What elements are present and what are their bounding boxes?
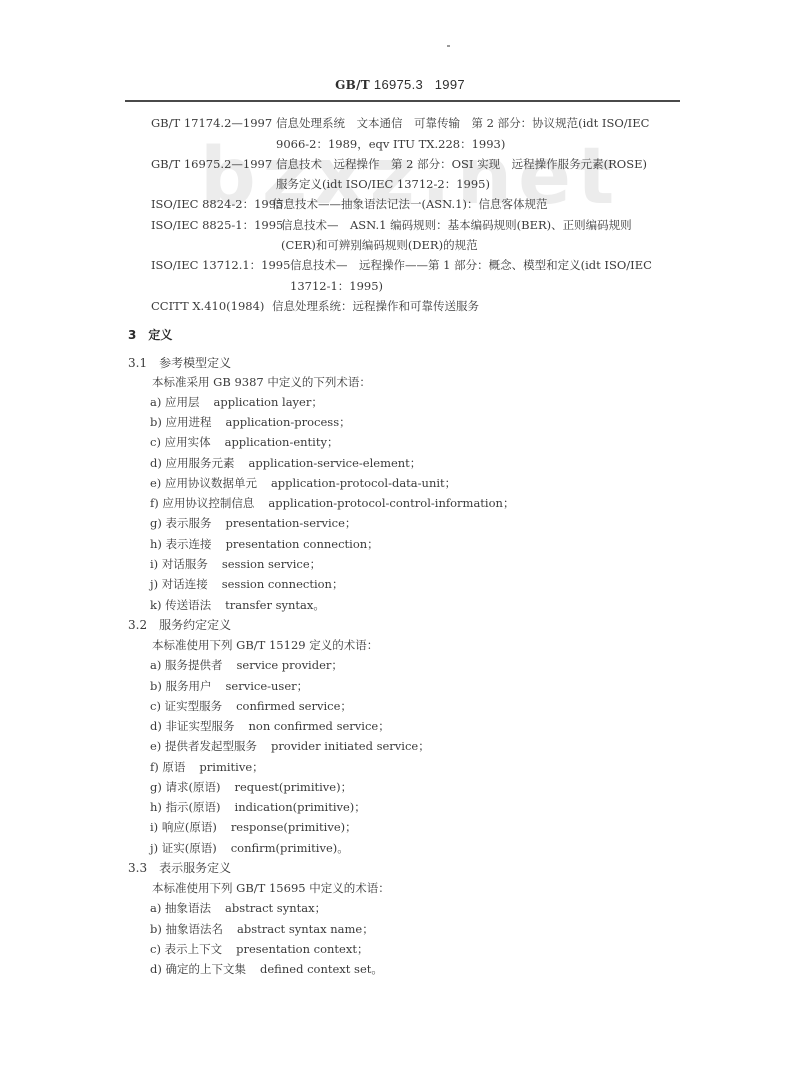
term-en: non confirmed service；	[249, 719, 390, 733]
term-en: request(primitive)；	[235, 780, 353, 794]
term-item: f) 应用协议控制信息application-protocol-control-…	[150, 495, 514, 511]
term-item: h) 指示(原语)indication(primitive)；	[150, 799, 366, 815]
term-label: e)	[150, 476, 161, 490]
term-zh: 确定的上下文集	[166, 962, 247, 976]
subsection-heading: 3.1 参考模型定义	[128, 355, 231, 371]
reference-title: 信息处理系统 文本通信 可靠传输 第 2 部分：协议规范(idt ISO/IEC	[276, 116, 649, 130]
term-label: i)	[150, 557, 158, 571]
term-en: abstract syntax；	[225, 901, 326, 915]
term-item: a) 应用层application layer；	[150, 394, 323, 410]
term-zh: 应用层	[165, 395, 200, 409]
term-label: c)	[150, 435, 161, 449]
term-label: h)	[150, 800, 162, 814]
term-zh: 响应(原语)	[162, 820, 217, 834]
term-zh: 应用实体	[165, 435, 211, 449]
subsection-intro: 本标准使用下列 GB/T 15129 定义的术语：	[152, 637, 378, 653]
term-item: c) 证实型服务confirmed service；	[150, 698, 352, 714]
term-zh: 指示(原语)	[166, 800, 221, 814]
term-zh: 原语	[162, 760, 185, 774]
reference-title: 信息技术——抽象语法记法一(ASN.1)：信息客体规范	[272, 197, 547, 211]
term-zh: 应用协议数据单元	[165, 476, 257, 490]
term-item: a) 抽象语法abstract syntax；	[150, 900, 326, 916]
header-year: 1997	[435, 77, 465, 92]
term-label: b)	[150, 415, 162, 429]
term-item: b) 应用进程application-process；	[150, 414, 351, 430]
term-item: g) 表示服务presentation-service；	[150, 515, 356, 531]
term-zh: 证实(原语)	[162, 841, 217, 855]
term-label: h)	[150, 537, 162, 551]
term-en: application-process；	[226, 415, 351, 429]
reference-code: GB/T 16975.2—1997	[151, 156, 276, 172]
reference-item: GB/T 17174.2—1997信息处理系统 文本通信 可靠传输 第 2 部分…	[151, 115, 649, 131]
term-label: g)	[150, 780, 162, 794]
term-label: k)	[150, 598, 161, 612]
section-heading: 3 定义	[128, 327, 172, 343]
reference-code: GB/T 17174.2—1997	[151, 115, 276, 131]
term-label: d)	[150, 719, 162, 733]
term-en: application layer；	[214, 395, 323, 409]
term-en: service provider；	[237, 658, 343, 672]
term-zh: 非证实型服务	[166, 719, 235, 733]
scan-speck	[447, 45, 450, 47]
term-item: i) 响应(原语)response(primitive)；	[150, 819, 357, 835]
reference-item: GB/T 16975.2—1997信息技术 远程操作 第 2 部分：OSI 实现…	[151, 156, 647, 172]
term-en: session connection；	[222, 577, 344, 591]
term-item: f) 原语primitive；	[150, 759, 264, 775]
term-item: i) 对话服务session service；	[150, 556, 321, 572]
reference-continuation: 13712-1：1995)	[290, 278, 383, 294]
subsection-heading: 3.3 表示服务定义	[128, 860, 231, 876]
term-en: presentation-service；	[226, 516, 357, 530]
term-en: transfer syntax。	[225, 598, 325, 612]
term-en: indication(primitive)；	[235, 800, 366, 814]
term-label: a)	[150, 395, 161, 409]
term-item: j) 证实(原语)confirm(primitive)。	[150, 840, 349, 856]
header-number: 16975.3	[374, 77, 423, 92]
term-item: e) 应用协议数据单元application-protocol-data-uni…	[150, 475, 456, 491]
term-label: c)	[150, 942, 161, 956]
term-label: i)	[150, 820, 158, 834]
term-zh: 抽象语法名	[166, 922, 224, 936]
term-item: d) 非证实型服务non confirmed service；	[150, 718, 390, 734]
term-zh: 表示上下文	[165, 942, 223, 956]
term-zh: 证实型服务	[165, 699, 223, 713]
term-en: application-entity；	[225, 435, 339, 449]
reference-title: 信息技术— ASN.1 编码规则：基本编码规则(BER)、正则编码规则	[281, 218, 632, 232]
term-zh: 服务提供者	[165, 658, 223, 672]
term-en: presentation context；	[236, 942, 368, 956]
term-zh: 服务用户	[166, 679, 212, 693]
reference-code: CCITT X.410(1984)	[151, 298, 272, 314]
reference-title: 信息技术 远程操作 第 2 部分：OSI 实现 远程操作服务元素(ROSE)	[276, 157, 647, 171]
reference-item: ISO/IEC 13712.1：1995信息技术— 远程操作——第 1 部分：概…	[151, 257, 652, 273]
term-label: a)	[150, 901, 161, 915]
reference-continuation: (CER)和可辨别编码规则(DER)的规范	[281, 237, 478, 253]
page-header: GB/T 16975.3 1997	[0, 77, 800, 92]
term-zh: 对话连接	[162, 577, 208, 591]
term-en: provider initiated service；	[271, 739, 430, 753]
term-label: j)	[150, 577, 158, 591]
term-label: b)	[150, 679, 162, 693]
term-label: g)	[150, 516, 162, 530]
term-en: application-service-element；	[249, 456, 422, 470]
reference-continuation: 服务定义(idt ISO/IEC 13712-2：1995)	[276, 176, 490, 192]
document-page: GB/T 16975.3 1997 bzxz.net GB/T 17174.2—…	[0, 0, 800, 1091]
header-rule	[125, 100, 680, 102]
term-item: h) 表示连接presentation connection；	[150, 536, 379, 552]
reference-item: ISO/IEC 8825-1：1995信息技术— ASN.1 编码规则：基本编码…	[151, 217, 632, 233]
term-zh: 对话服务	[162, 557, 208, 571]
reference-code: ISO/IEC 8825-1：1995	[151, 217, 281, 233]
reference-title: 信息技术— 远程操作——第 1 部分：概念、模型和定义(idt ISO/IEC	[290, 258, 652, 272]
term-item: a) 服务提供者service provider；	[150, 657, 343, 673]
term-en: application-protocol-data-unit；	[271, 476, 456, 490]
subsection-heading: 3.2 服务约定定义	[128, 617, 231, 633]
term-en: session service；	[222, 557, 321, 571]
term-zh: 应用协议控制信息	[162, 496, 254, 510]
term-label: f)	[150, 496, 159, 510]
term-label: f)	[150, 760, 159, 774]
subsection-intro: 本标准采用 GB 9387 中定义的下列术语：	[152, 374, 371, 390]
term-item: g) 请求(原语)request(primitive)；	[150, 779, 352, 795]
term-item: k) 传送语法transfer syntax。	[150, 597, 325, 613]
term-item: d) 应用服务元素application-service-element；	[150, 455, 421, 471]
term-label: c)	[150, 699, 161, 713]
reference-continuation: 9066-2：1989，eqv ITU TX.228：1993)	[276, 136, 505, 152]
term-zh: 传送语法	[165, 598, 211, 612]
term-en: confirmed service；	[236, 699, 352, 713]
term-item: b) 服务用户service-user；	[150, 678, 308, 694]
subsection-intro: 本标准使用下列 GB/T 15695 中定义的术语：	[152, 880, 390, 896]
term-item: b) 抽象语法名abstract syntax name；	[150, 921, 374, 937]
term-en: application-protocol-control-information…	[268, 496, 514, 510]
term-label: e)	[150, 739, 161, 753]
term-zh: 表示服务	[166, 516, 212, 530]
term-item: e) 提供者发起型服务provider initiated service；	[150, 738, 430, 754]
term-en: primitive；	[199, 760, 263, 774]
reference-code: ISO/IEC 8824-2：1995	[151, 196, 272, 212]
term-item: c) 表示上下文presentation context；	[150, 941, 368, 957]
reference-item: CCITT X.410(1984)信息处理系统：远程操作和可靠传送服务	[151, 298, 479, 314]
term-en: defined context set。	[260, 962, 383, 976]
term-item: d) 确定的上下文集defined context set。	[150, 961, 383, 977]
term-item: j) 对话连接session connection；	[150, 576, 343, 592]
reference-code: ISO/IEC 13712.1：1995	[151, 257, 290, 273]
term-en: abstract syntax name；	[237, 922, 374, 936]
term-zh: 应用进程	[166, 415, 212, 429]
term-zh: 抽象语法	[165, 901, 211, 915]
term-en: response(primitive)；	[231, 820, 357, 834]
term-label: d)	[150, 962, 162, 976]
term-en: presentation connection；	[226, 537, 379, 551]
term-item: c) 应用实体application-entity；	[150, 434, 338, 450]
term-zh: 表示连接	[166, 537, 212, 551]
term-label: b)	[150, 922, 162, 936]
term-label: d)	[150, 456, 162, 470]
term-en: service-user；	[226, 679, 309, 693]
reference-title: 信息处理系统：远程操作和可靠传送服务	[272, 299, 479, 313]
header-prefix: GB/T	[335, 78, 370, 92]
term-label: a)	[150, 658, 161, 672]
term-label: j)	[150, 841, 158, 855]
term-zh: 应用服务元素	[166, 456, 235, 470]
reference-item: ISO/IEC 8824-2：1995信息技术——抽象语法记法一(ASN.1)：…	[151, 196, 547, 212]
term-zh: 提供者发起型服务	[165, 739, 257, 753]
term-en: confirm(primitive)。	[231, 841, 349, 855]
term-zh: 请求(原语)	[166, 780, 221, 794]
